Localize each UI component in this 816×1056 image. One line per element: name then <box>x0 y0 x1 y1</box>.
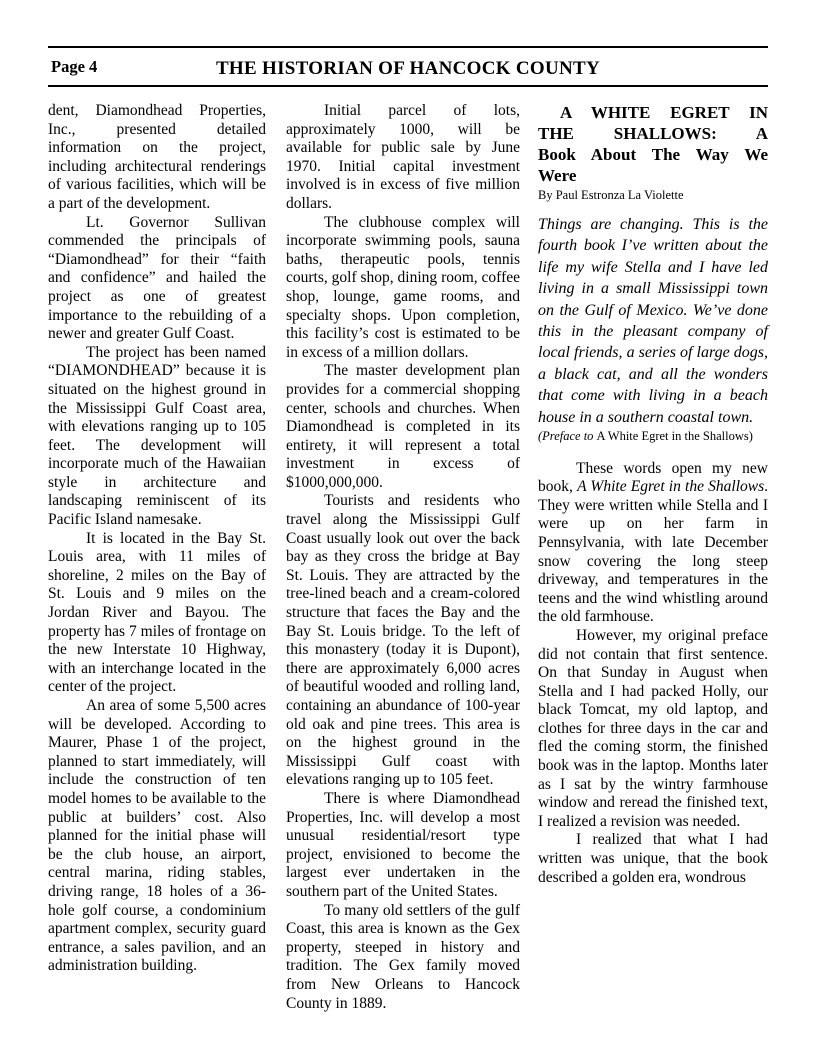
paragraph-text: . They were written while Stella and I w… <box>538 478 768 625</box>
paragraph: I realized that what I had written was u… <box>538 831 768 887</box>
paragraph: The clubhouse complex will incorporate s… <box>286 214 520 363</box>
article-byline: By Paul Estronza La Violette <box>538 188 768 203</box>
book-title-italic: A White Egret in the Shallows <box>577 478 764 495</box>
article-heading-line: THE SHALLOWS: A <box>538 123 768 144</box>
preface-quote: Things are changing. This is the fourth … <box>538 214 768 428</box>
article-heading: A WHITE EGRET IN THE SHALLOWS: A Book Ab… <box>538 102 768 186</box>
preface-citation-italic: (Preface to <box>538 429 597 443</box>
masthead: Page 4 THE HISTORIAN OF HANCOCK COUNTY <box>48 48 768 85</box>
paragraph: Initial parcel of lots, approximately 10… <box>286 102 520 214</box>
paragraph: There is where Diamondhead Properties, I… <box>286 790 520 902</box>
paragraph: It is located in the Bay St. Louis area,… <box>48 530 266 697</box>
column-left: dent, Diamondhead Properties, Inc., pres… <box>48 102 266 1013</box>
paragraph: dent, Diamondhead Properties, Inc., pres… <box>48 102 266 214</box>
masthead-bottom-rule <box>48 85 768 87</box>
column-center: Initial parcel of lots, approximately 10… <box>286 102 520 1013</box>
paragraph: However, my original preface did not con… <box>538 627 768 832</box>
paragraph: The master development plan provides for… <box>286 362 520 492</box>
paragraph: The project has been named “DIAMONDHEAD”… <box>48 344 266 530</box>
paragraph: An area of some 5,500 acres will be deve… <box>48 697 266 976</box>
article-heading-line: Book About The Way We <box>538 144 768 165</box>
column-right: A WHITE EGRET IN THE SHALLOWS: A Book Ab… <box>538 102 768 1013</box>
article-heading-line: Were <box>538 165 768 186</box>
article-columns: dent, Diamondhead Properties, Inc., pres… <box>48 102 768 1013</box>
preface-citation-roman: A White Egret in the Shallows) <box>597 429 753 443</box>
paragraph: Lt. Governor Sullivan commended the prin… <box>48 214 266 344</box>
paragraph: Tourists and residents who travel along … <box>286 492 520 790</box>
article-heading-line: A WHITE EGRET IN <box>538 102 768 123</box>
newsletter-page: Page 4 THE HISTORIAN OF HANCOCK COUNTY d… <box>0 0 816 1056</box>
preface-citation: (Preface to A White Egret in the Shallow… <box>538 429 768 445</box>
page-number-label: Page 4 <box>51 57 97 77</box>
paragraph: To many old settlers of the gulf Coast, … <box>286 902 520 1014</box>
newsletter-title: THE HISTORIAN OF HANCOCK COUNTY <box>48 48 768 80</box>
paragraph: These words open my new book, A White Eg… <box>538 460 768 627</box>
